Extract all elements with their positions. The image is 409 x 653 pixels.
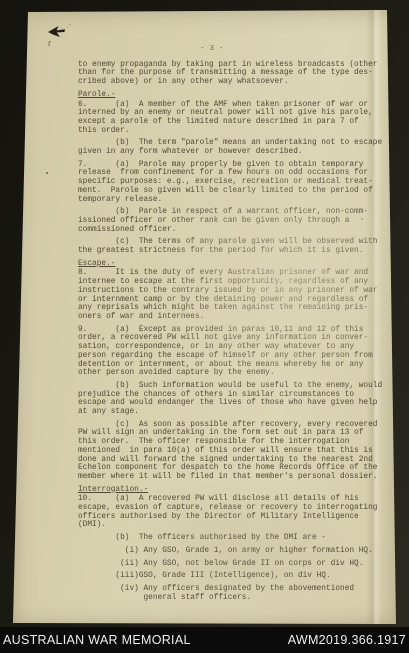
document-line: internee to escape at the first opportun… xyxy=(78,278,390,287)
document-line: 10. (a) A recovered PW will disclose all… xyxy=(78,495,390,504)
section-heading: Parole.- xyxy=(78,91,390,100)
paragraph: (ii) Any GSO, not below Grade II on corp… xyxy=(78,560,390,569)
document-line: specific purposes: e.g., exercise, recre… xyxy=(78,178,390,187)
page-number: - 3 - xyxy=(78,45,390,54)
paragraph: (iii)GSO, Grade III (Intelligence), on d… xyxy=(78,572,390,581)
heading-text: Interrogation.- xyxy=(78,486,148,494)
document-line: (b) Parole in respect of a warrant offic… xyxy=(78,208,390,217)
heading-text: Parole.- xyxy=(78,91,115,99)
document-line: the greatest strictness for the period f… xyxy=(78,247,390,256)
document-line: prejudice the chances of others in simil… xyxy=(78,391,390,400)
scanned-document-page: ·' r - 3 - to enemy propaganda by taking… xyxy=(13,10,396,626)
document-line: release from confinement for a few hours… xyxy=(78,169,390,178)
section-heading: Escape.- xyxy=(78,260,390,269)
document-line: general staff officers. xyxy=(78,594,390,603)
document-line: detention or internment, or about the me… xyxy=(78,361,390,370)
document-line: temporary release. xyxy=(78,196,390,205)
document-line: Echelon component for despatch to the ho… xyxy=(78,464,390,473)
document-line: done and will forward the signed underta… xyxy=(78,456,390,465)
paragraph: 7. (a) Parole may properly be given to o… xyxy=(78,161,390,205)
paragraph: (c) As soon as possible after recovery, … xyxy=(78,421,390,482)
archive-caption-bar: AUSTRALIAN WAR MEMORIAL AWM2019.366.1917 xyxy=(0,627,409,653)
document-line: other person avoided capture by the enem… xyxy=(78,369,390,378)
document-line: instructions to the contrary issued by o… xyxy=(78,287,390,296)
paragraph: 6. (a) A member of the AMF when taken pr… xyxy=(78,101,390,136)
document-line: escape and would endanger the lives of t… xyxy=(78,399,390,408)
document-line: 6. (a) A member of the AMF when taken pr… xyxy=(78,101,390,110)
document-line: or internment camp or by the detaining p… xyxy=(78,296,390,305)
document-line: (c) As soon as possible after recovery, … xyxy=(78,421,390,430)
document-line: cribed above) or in any other way whatso… xyxy=(78,78,390,87)
paragraph: (b) Such information would be useful to … xyxy=(78,382,390,417)
paragraph: (b) Parole in respect of a warrant offic… xyxy=(78,208,390,234)
document-line: this order. The officer responsible for … xyxy=(78,438,390,447)
pencil-scribble-icon: ·' xyxy=(66,24,72,31)
archive-accession-number: AWM2019.366.1917 xyxy=(288,633,406,647)
document-line: person regarding the escape of himself o… xyxy=(78,352,390,361)
archive-institution-label: AUSTRALIAN WAR MEMORIAL xyxy=(3,633,191,647)
paragraph: (b) The officers authorised by the DMI a… xyxy=(78,534,390,543)
document-line: PW will sign an undertaking in the form … xyxy=(78,429,390,438)
document-line: (b) The officers authorised by the DMI a… xyxy=(78,534,390,543)
paper-speck xyxy=(46,172,48,174)
document-line: (iv) Any officers designated by the abov… xyxy=(78,585,390,594)
paragraph: (i) Any GSO, Grade 1, on army or higher … xyxy=(78,547,390,556)
document-line: (DMI). xyxy=(78,521,390,530)
paragraph: (c) The terms of any parole given will b… xyxy=(78,238,390,255)
document-line: order, a recovered PW will not give any … xyxy=(78,334,390,343)
document-line: (b) Such information would be useful to … xyxy=(78,382,390,391)
pencil-scribble-icon: r xyxy=(47,38,51,48)
document-line: (ii) Any GSO, not below Grade II on corp… xyxy=(78,560,390,569)
document-line: oners of war and internees. xyxy=(78,313,390,322)
document-line: (b) The term "parole" means an undertaki… xyxy=(78,139,390,148)
document-line: (c) The terms of any parole given will b… xyxy=(78,238,390,247)
document-body: - 3 - to enemy propaganda by taking part… xyxy=(78,45,390,606)
document-line: than for the purpose of transmitting a m… xyxy=(78,69,390,78)
heading-text: Escape.- xyxy=(78,260,115,268)
paragraph: (b) The term "parole" means an undertaki… xyxy=(78,139,390,156)
document-line: commissioned officer. xyxy=(78,226,390,235)
section-heading: Interrogation.- xyxy=(78,486,390,495)
paragraph: (iv) Any officers designated by the abov… xyxy=(78,585,390,602)
document-line: 8. It is the duty of every Australian pr… xyxy=(78,269,390,278)
document-line: ment. Parole so given will be clearly li… xyxy=(78,187,390,196)
document-line: officers authorised by the Director of M… xyxy=(78,513,390,522)
document-line: given in any form whatever or however de… xyxy=(78,148,390,157)
document-line: except a parole of the limited nature de… xyxy=(78,118,390,127)
document-line: (iii)GSO, Grade III (Intelligence), on d… xyxy=(78,572,390,581)
document-line: mentioned in para 10(a) of this order wi… xyxy=(78,447,390,456)
document-line: 9. (a) Except as provided in paras 10,11… xyxy=(78,326,390,335)
document-line: sation, correspondence, or in any other … xyxy=(78,343,390,352)
document-line: escape, evasion of capture, release or r… xyxy=(78,504,390,513)
document-line: any reprisals which might be taken again… xyxy=(78,304,390,313)
document-line: to enemy propaganda by taking part in wi… xyxy=(78,61,390,70)
document-line: 7. (a) Parole may properly be given to o… xyxy=(78,161,390,170)
document-line: interned by an enemy or neutral power wi… xyxy=(78,109,390,118)
paragraph: 10. (a) A recovered PW will disclose all… xyxy=(78,495,390,530)
document-line: (i) Any GSO, Grade 1, on army or higher … xyxy=(78,547,390,556)
paragraph: to enemy propaganda by taking part in wi… xyxy=(78,61,390,87)
document-line: issioned officer or other rank can be gi… xyxy=(78,217,390,226)
paragraph: 8. It is the duty of every Australian pr… xyxy=(78,269,390,321)
document-line: this order. xyxy=(78,127,390,136)
paragraph: 9. (a) Except as provided in paras 10,11… xyxy=(78,326,390,378)
document-line: member where it will be filed in that me… xyxy=(78,473,390,482)
document-line: at any stage. xyxy=(78,408,390,417)
ink-blot-icon xyxy=(48,26,65,37)
